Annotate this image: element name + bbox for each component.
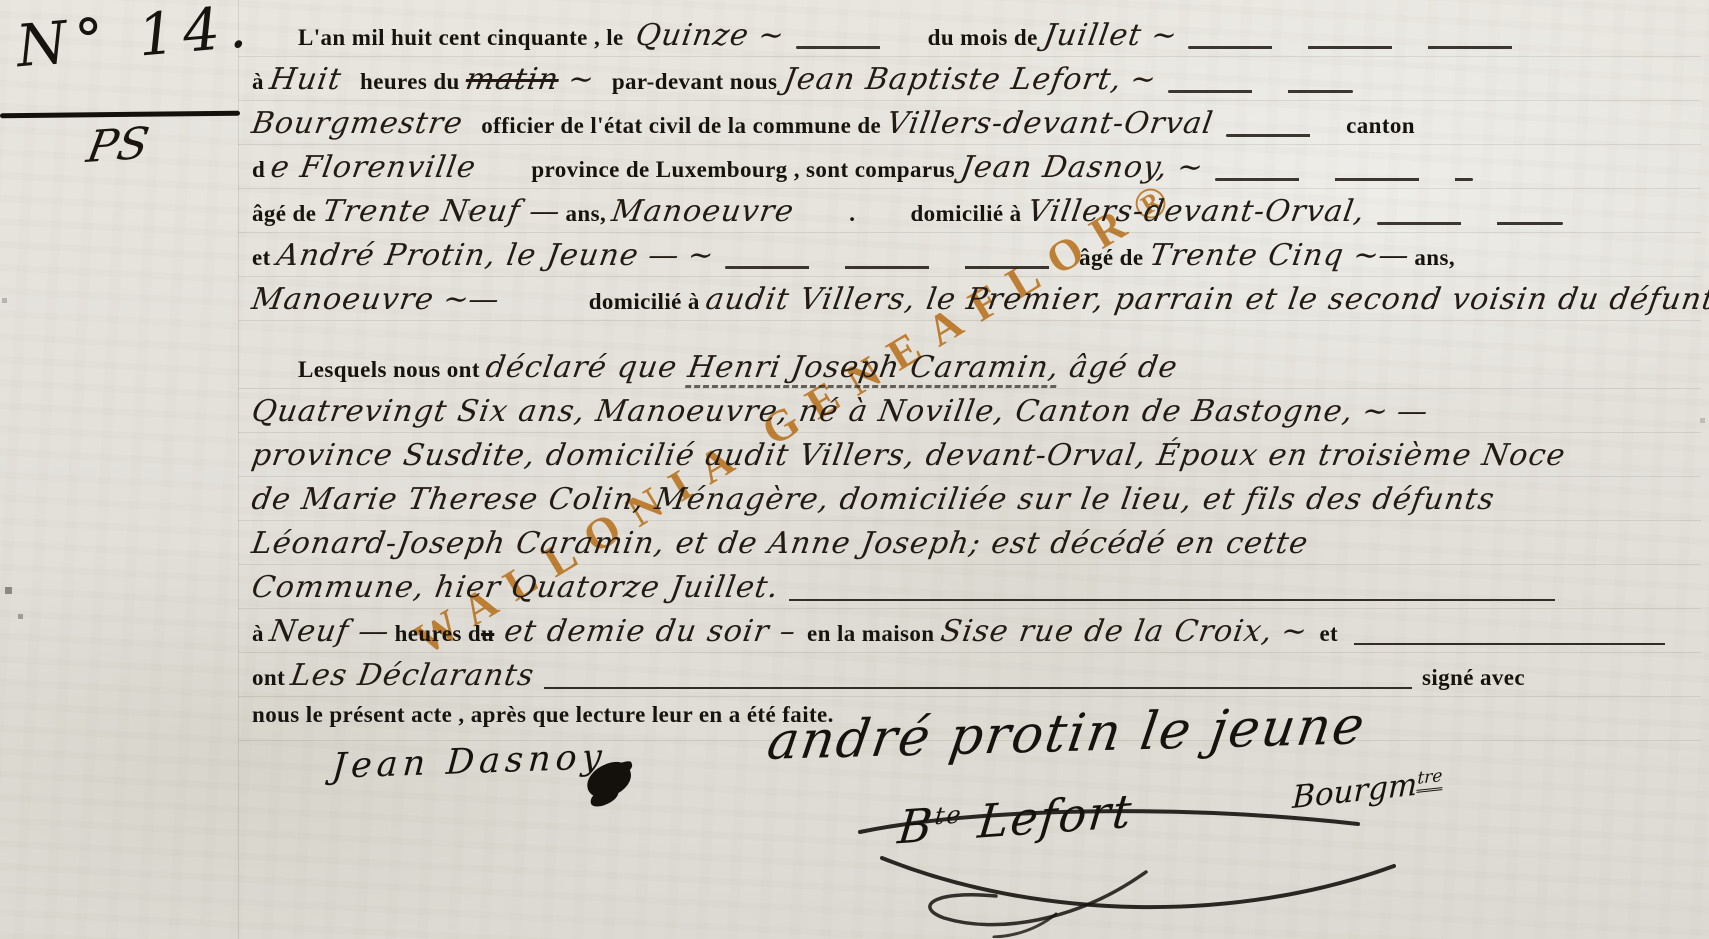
handwritten-text: Quatrevingt Six ans, Manoeuvre, né à Nov… — [249, 394, 1356, 429]
handwritten-text: Juillet — [1041, 18, 1144, 53]
handwritten-text: et demie du soir – — [492, 614, 810, 649]
printed-text: ans, — [559, 201, 612, 227]
pen-rule-line — [789, 599, 1555, 601]
handwritten-text-struck: matin — [463, 62, 561, 97]
printed-text: et — [1307, 621, 1344, 647]
printed-text: et — [252, 245, 277, 271]
pen-dash-line — [1226, 134, 1335, 137]
pen-flourish: — — [346, 614, 391, 649]
signature-jean-dasnoy: Jean Dasnoy — [331, 737, 608, 787]
printed-text: . — [849, 201, 855, 227]
pen-rule-line — [1354, 643, 1665, 645]
handwritten-text: Commune, hier Quatorze Juillet. — [249, 570, 781, 605]
document-line: Léonard-Joseph Caramin, et de Anne Josep… — [252, 526, 1695, 570]
act-number: N° 14. — [13, 0, 256, 80]
document-line: d e Florenvilleprovince de Luxembourg , … — [252, 150, 1695, 194]
printed-text: âgé de — [252, 201, 323, 227]
pen-flourish: ~ — [1270, 614, 1310, 649]
handwritten-text: Sise rue de la Croix, — [938, 614, 1275, 649]
handwritten-text: déclaré que — [483, 350, 690, 385]
handwritten-text-underlined: Henri Joseph Caramin, — [685, 350, 1062, 388]
pen-flourish: ~ — [1165, 150, 1205, 185]
printed-text: âgé de — [1079, 245, 1150, 271]
pen-flourish: ~ — [1119, 62, 1159, 97]
document-line: province Susdite, domicilié audit Viller… — [252, 438, 1695, 482]
margin-vertical-rule — [238, 0, 239, 939]
printed-text: canton — [1346, 113, 1415, 139]
printed-text: heures d — [388, 621, 481, 647]
printed-text: par-devant nous — [593, 69, 783, 95]
printed-text: nous le présent acte , après que lecture… — [252, 702, 834, 728]
printed-text: ans, — [1408, 245, 1455, 271]
pen-flourish: ~ — [556, 62, 596, 97]
document-line: à Neuf — heures du et demie du soir – en… — [252, 614, 1695, 658]
document-line: Manoeuvre ~—domicilié à audit Villers, l… — [252, 282, 1695, 326]
handwritten-text: Quinze — [633, 18, 752, 53]
pen-dash-line — [1168, 90, 1353, 93]
handwritten-text: Bourgmestre — [249, 106, 465, 141]
printed-text: signé avec — [1422, 665, 1525, 691]
handwritten-text: e Florenville — [269, 150, 480, 185]
printed-text: ont — [252, 665, 291, 691]
pen-dash-line — [1188, 46, 1533, 49]
pen-dash-line — [796, 46, 916, 49]
handwritten-text: de Marie Therese Colin, Ménagère, domici… — [249, 482, 1497, 517]
handwritten-text: Villers-devant-Orval — [885, 106, 1217, 141]
printed-text: domicilié à — [589, 289, 706, 315]
pen-flourish: ~— — [1341, 238, 1411, 273]
pen-flourish: ~ — — [1351, 394, 1431, 429]
handwritten-text: province Susdite, domicilié audit Viller… — [249, 438, 1568, 473]
document-line: Quatrevingt Six ans, Manoeuvre, né à Nov… — [252, 394, 1695, 438]
document-line: Bourgmestre officier de l'état civil de … — [252, 106, 1695, 150]
handwritten-text: Trente Cinq — [1147, 238, 1346, 273]
pen-flourish: ~ — [1139, 18, 1179, 53]
pen-flourish: ~— — [431, 282, 501, 317]
document-line: Lesquels nous ont déclaré que Henri Jose… — [252, 350, 1695, 394]
clerk-paraph: PS — [83, 118, 153, 173]
pen-rule-line — [544, 687, 1412, 689]
pen-dash-line — [725, 266, 1067, 269]
printed-text: heures du — [342, 69, 466, 95]
handwritten-text: Trente Neuf — [320, 194, 523, 229]
handwritten-text: Neuf — [267, 614, 351, 649]
handwritten-text: André Protin, le Jeune — [274, 238, 641, 273]
document-lines: L'an mil huit cent cinquante , le Quinze… — [252, 18, 1695, 746]
pen-dash-line — [1215, 178, 1473, 181]
officer-title-superscript: tre — [1417, 766, 1443, 793]
document-line: âgé de Trente Neuf — ans, Manoeuvre.domi… — [252, 194, 1695, 238]
pen-dash-line — [1377, 222, 1563, 225]
scanned-death-record-page: N° 14. PS WALLONIA GENEAFLOR® L'an mil h… — [0, 0, 1709, 939]
printed-text: province de Luxembourg , sont comparus — [531, 157, 961, 183]
handwritten-text: Villers-devant-Orval, — [1025, 194, 1367, 229]
handwritten-text: Manoeuvre — [610, 194, 798, 229]
pen-flourish: — ~ — [636, 238, 716, 273]
document-line: ont Les Déclarantssigné avec — [252, 658, 1695, 702]
printed-text: officier de l'état civil de la commune d… — [463, 113, 887, 139]
handwritten-text: Jean Baptiste Lefort, — [781, 62, 1124, 97]
handwritten-text: Jean Dasnoy, — [958, 150, 1170, 185]
pen-flourish: — — [517, 194, 562, 229]
printed-text: du mois de — [928, 25, 1044, 51]
printed-text: Lesquels nous ont — [298, 357, 486, 383]
margin-rule-line — [0, 111, 240, 119]
printed-text: L'an mil huit cent cinquante , le — [298, 25, 636, 51]
handwritten-text: audit Villers, le Premier, parrain et le… — [703, 282, 1709, 317]
pen-flourish: ~ — [746, 18, 786, 53]
document-line: à Huit heures du matin ~ par-devant nous… — [252, 62, 1695, 106]
printed-text: domicilié à — [910, 201, 1027, 227]
handwritten-text: Léonard-Joseph Caramin, et de Anne Josep… — [249, 526, 1311, 561]
scan-noise-specks — [0, 0, 1, 1]
handwritten-text: Les Déclarants — [289, 658, 538, 693]
document-line: et André Protin, le Jeune — ~âgé de Tren… — [252, 238, 1695, 282]
document-line: L'an mil huit cent cinquante , le Quinze… — [252, 18, 1695, 62]
document-line: Commune, hier Quatorze Juillet. — [252, 570, 1695, 614]
signature-flourish — [846, 802, 1406, 938]
handwritten-text: âgé de — [1056, 350, 1180, 385]
handwritten-text: Huit — [267, 62, 344, 97]
printed-text: en la maison — [807, 621, 941, 647]
handwritten-text: Manoeuvre — [249, 282, 437, 317]
document-line: de Marie Therese Colin, Ménagère, domici… — [252, 482, 1695, 526]
